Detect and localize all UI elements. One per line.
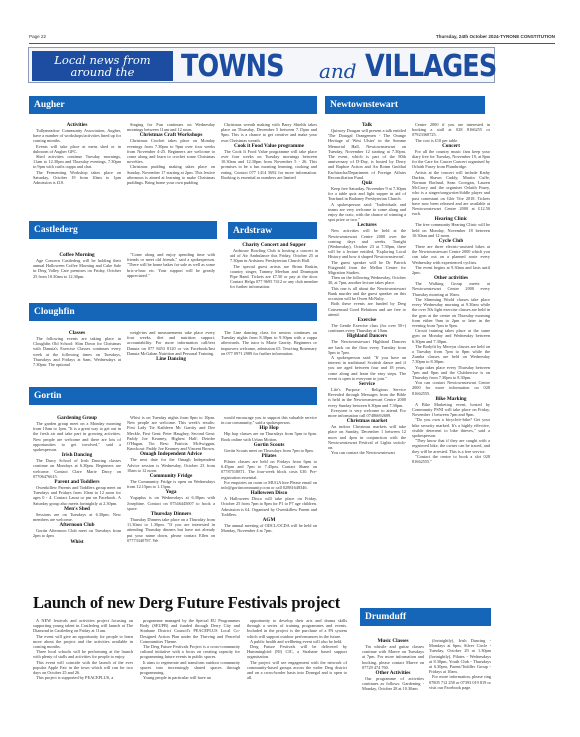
article-paragraph: The garden group meet on a Monday mornin… [33, 421, 121, 452]
article-paragraph: Gortin Afternoon Club meet on Tuesdays f… [33, 528, 121, 538]
article-paragraph: For more information, please ring 07805 … [429, 674, 491, 690]
article-paragraph: The event begins at 9.30am and lasts unt… [412, 265, 490, 275]
article-paragraph: The Darcy School of Irish Dancing classe… [33, 458, 121, 479]
article-paragraph: A Halloween Disco will take place on Fri… [221, 496, 317, 517]
castlederg-col-2: "Come along and enjoy spending time with… [127, 252, 215, 278]
article-paragraph: The Newtownstewart Highland Dancers are … [328, 339, 406, 355]
article-paragraph: Circuit training takes place at the same… [412, 328, 490, 344]
article-paragraph: It aims to regenerate and transform outd… [140, 660, 240, 676]
newtownstewart-col-2: Centre 2000 if you are interested in boo… [412, 122, 490, 464]
article-paragraph: A spokesperson said: "Individuals and te… [328, 202, 406, 223]
article-paragraph: Centre 2000 if you are interested in boo… [412, 122, 490, 138]
gortin-col-3: would encourage you to support this valu… [221, 415, 317, 533]
article-paragraph: "Come along and enjoy spending time with… [127, 252, 215, 278]
article-paragraph: This event will coincide with the launch… [33, 660, 133, 676]
section-header-augher: Augher [29, 96, 317, 114]
article-paragraph: Events will take place at mens shed or i… [33, 144, 121, 154]
article-paragraph: Christmas Crochet takes place on Monday … [127, 138, 215, 164]
article-paragraph: Yogaplus is on Wednesdays at 6.30pm with… [127, 495, 215, 511]
newtownstewart-col-1: TalkQuincey Dougan will present a talk e… [328, 122, 406, 455]
ardstraw-col-1: Charity Concert and SupperArdstraw Bowli… [230, 242, 318, 290]
article-paragraph: weigh-ins and measurements take place ev… [127, 330, 215, 356]
article-paragraph: You can contact the Newtownstewart [328, 450, 406, 455]
article-paragraph: Hip hop classes are on Thursdays from 5p… [221, 431, 317, 441]
article-paragraph: Thursday Dinners take place on a Thursda… [127, 517, 215, 543]
article-paragraph: The Walking Group meets at Newtownstewar… [412, 281, 490, 297]
article-paragraph: Three local schools will be performing a… [33, 649, 133, 659]
article-paragraph: The annual meeting of ODCL/OCDA will be … [221, 523, 317, 533]
article-paragraph: Our programme of activities continues as… [362, 676, 424, 692]
article-paragraph: Shed activities continue Tuesday morning… [33, 154, 121, 170]
article-paragraph: The Gentle Exercise class (for over 50+)… [328, 323, 406, 333]
article-paragraph: Young people in particular will have an [140, 675, 240, 680]
page-number: Page 22 [29, 34, 46, 39]
section-header-newtownstewart: Newtownstewart [325, 96, 485, 114]
article-paragraph: An indoor Christmas markets will take pl… [328, 424, 406, 450]
article-paragraph: For all the country music fans keep your… [412, 149, 490, 170]
article-subheading: Line Dancing [127, 356, 215, 362]
article-paragraph: The Fermenting Workshop takes place on S… [33, 170, 121, 186]
section-header-ardstraw: Ardstraw [228, 222, 317, 239]
article-paragraph: "Do you own a bicycle/e-bike? Get your b… [412, 417, 490, 438]
article-paragraph: New activities will be held at the Newto… [328, 228, 406, 259]
banner-line2: around the [32, 66, 173, 78]
article-paragraph: Age Concern Castlederg will be holding t… [33, 258, 121, 279]
article-paragraph: Singing for Fun continues on Wednesday m… [127, 122, 215, 132]
article-paragraph: Then on the following Wednesday, October… [328, 275, 406, 285]
banner-towns: TOWNS [181, 49, 284, 84]
article-paragraph: This project is supported by PEACEPLUS, … [33, 675, 133, 680]
article-paragraph: Christmas wreath making with Barry Shiel… [221, 122, 317, 143]
article-paragraph: "They know that if they are caught with … [412, 438, 490, 454]
article-paragraph: Pilates classes are held on Fridays from… [221, 459, 317, 480]
gortin-col-2: Whist is on Tuesday nights from 8pm to 1… [127, 415, 215, 543]
article-subheading: Whist [33, 539, 121, 545]
augher-col-2: Singing for Fun continues on Wednesday m… [127, 122, 215, 185]
article-paragraph: Owenkillew Parents and Toddlers group me… [33, 485, 121, 506]
cloughfin-col-2: weigh-ins and measurements take place ev… [127, 330, 215, 362]
banner-left-box: Local news from around the [32, 51, 173, 81]
article-paragraph: The special guest artists are Brian Rask… [230, 264, 318, 290]
article-paragraph: Ardstraw Bowling Club is hosting a conce… [230, 248, 318, 264]
article-paragraph: This one is all about the Newtownstewart… [328, 286, 406, 302]
article-paragraph: Yoga takes place every Thursday between … [412, 365, 490, 381]
article-paragraph: Everyone is very welcome to attend. For … [328, 408, 406, 418]
banner-and: and [319, 59, 357, 83]
page-header: Page 22 Thursday, 24th October 2024-TYRO… [29, 30, 555, 44]
castlederg-col-1: Coffee MorningAge Concern Castlederg wil… [33, 252, 121, 279]
feature-headline: Launch of new Derg Future Festivals proj… [33, 593, 340, 613]
article-paragraph: The Slimming World classes take place ev… [412, 297, 490, 328]
article-paragraph: "Contact the centre to book a slot 028 8… [412, 454, 490, 464]
section-header-gortin: Gortin [29, 387, 317, 405]
article-paragraph: The Derg Future Festivals Project is a c… [140, 644, 240, 660]
article-paragraph: For enquiries on room or MUGA hire Pleas… [221, 480, 317, 490]
feature-col-2: programme managed by the Special EU Prog… [140, 618, 240, 680]
cloughfin-col-3: The Line dancing class for seniors conti… [221, 330, 317, 356]
article-paragraph: Quincey Dougan will present a talk entit… [328, 128, 406, 180]
article-paragraph: Sessions are on Tuesdays at 6.30pm. New … [33, 512, 121, 522]
drumduff-col-1: Music ClassesTin whistle and guitar clas… [362, 638, 424, 692]
article-paragraph: The next date for the Omagh Independent … [127, 457, 215, 473]
article-paragraph: opportunity to develop their arts and dr… [247, 618, 347, 639]
article-paragraph: The free community Hearing Clinic will b… [412, 222, 490, 238]
augher-col-3: Christmas wreath making with Barry Shiel… [221, 122, 317, 180]
article-paragraph: Tullymeadow Community Association, Aughe… [33, 128, 121, 144]
article-paragraph: You can contact Newtownstewart Centre 20… [412, 380, 490, 396]
article-subheading: Cook it Food Value programme [221, 143, 317, 149]
article-paragraph: A Bike Marketing event, hosted by Commun… [412, 402, 490, 418]
article-paragraph: Artists at the concert will include Kath… [412, 170, 490, 217]
towns-villages-banner: Local news from around the TOWNS and VIL… [28, 47, 495, 83]
article-paragraph: The Bodyfit by Mervyn classes are held o… [412, 344, 490, 365]
article-paragraph: Both these events are funded by Derg Con… [328, 301, 406, 317]
drumduff-col-2: (fortnightly), Irish Dancing - Mondays a… [429, 638, 491, 690]
article-paragraph: Keep free Saturday, November 9 at 7.30pm… [328, 186, 406, 202]
article-paragraph: The Cook It Food Value programme will ta… [221, 149, 317, 180]
feature-col-1: A NEW festivals and activities project f… [33, 618, 133, 680]
section-header-castlederg: Castlederg [29, 221, 217, 239]
article-paragraph: The project will see engagement with the… [247, 660, 347, 681]
cloughfin-col-1: ClassesThe following events are taking p… [33, 330, 121, 367]
dateline: Thursday, 24th October 2024-TYRONE CONST… [436, 34, 555, 39]
article-paragraph: Derg Future Festivals will be delivered … [247, 644, 347, 660]
article-paragraph: A spokesperson said: "If you have an int… [328, 355, 406, 381]
article-paragraph: There are three electric-assisted bikes … [412, 244, 490, 265]
article-paragraph: Tin whistle and guitar classes continue … [362, 644, 424, 670]
article-paragraph: Life's Purpose - Religious Service Revea… [328, 387, 406, 408]
augher-col-1: ActivitiesTullymeadow Community Associat… [33, 122, 121, 185]
article-paragraph: The event will give an opportunity for p… [33, 634, 133, 650]
article-paragraph: Whist is on Tuesday nights from 8pm to 1… [127, 415, 215, 451]
article-paragraph: would encourage you to support this valu… [221, 415, 317, 425]
article-paragraph: The guest speaker will be Dr Patrick Fit… [328, 260, 406, 276]
article-paragraph: The Community Fridge is open on Wednesda… [127, 479, 215, 489]
gortin-col-1: Gardening GroupThe garden group meet on … [33, 415, 121, 545]
article-paragraph: Christmas pudding making takes place on … [127, 164, 215, 185]
section-header-cloughfin: Cloughfin [29, 303, 317, 321]
feature-col-3: opportunity to develop their arts and dr… [247, 618, 347, 680]
article-paragraph: The Line dancing class for seniors conti… [221, 330, 317, 356]
article-paragraph: programme managed by the Special EU Prog… [140, 618, 240, 644]
section-header-drumduff: Drumduff [360, 608, 491, 626]
article-paragraph: A NEW festivals and activities project f… [33, 618, 133, 634]
article-paragraph: The following events are taking place in… [33, 336, 121, 367]
banner-villages: VILLAGES [365, 49, 496, 84]
article-paragraph: (fortnightly), Irish Dancing - Mondays a… [429, 638, 491, 674]
